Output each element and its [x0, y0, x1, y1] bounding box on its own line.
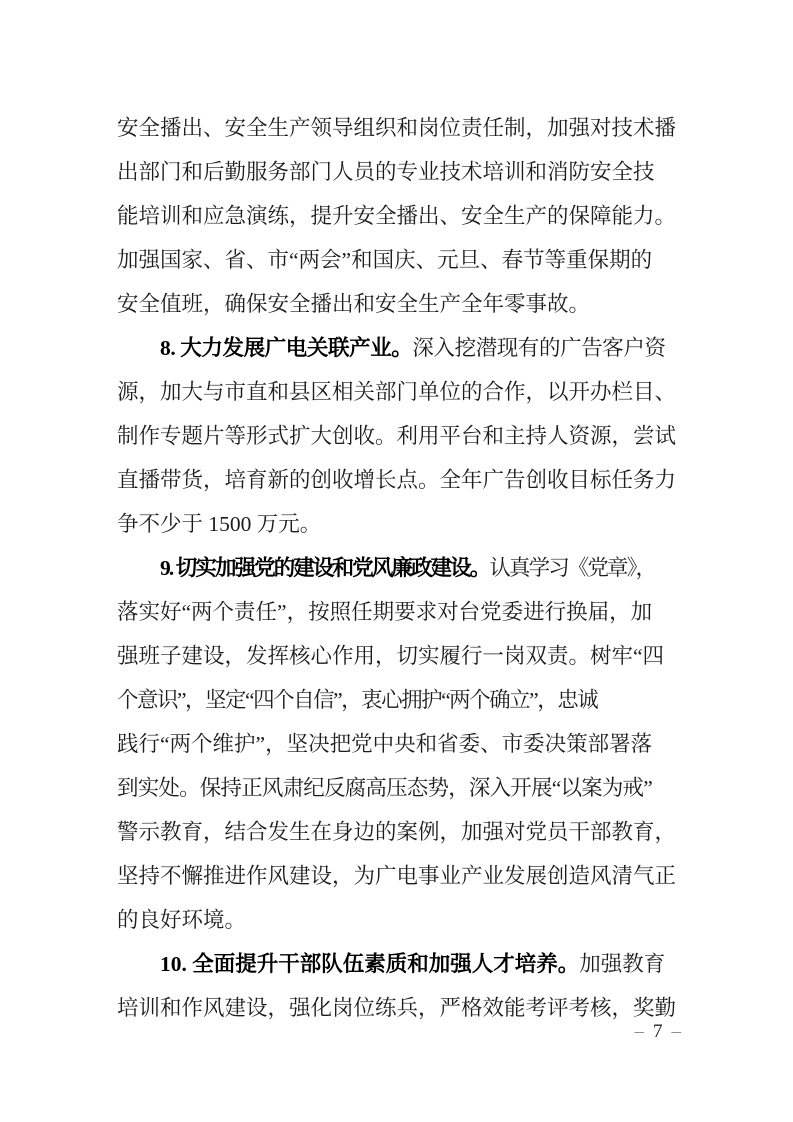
page-footer: –7– [635, 1020, 682, 1044]
text-line: 源，加大与市直和县区相关部门单位的合作，以开办栏目、 [117, 370, 683, 414]
paragraph-heading: 10. 全面提升干部队伍素质和加强人才培养。 [160, 952, 579, 976]
paragraph-heading: 8. 大力发展广电关联产业。 [160, 336, 412, 360]
text-line: 到实处。保持正风肃纪反腐高压态势，深入开展“以案为戒” [117, 766, 683, 810]
text-line: 争不少于 1500 万元。 [117, 502, 683, 546]
text-line: 强班子建设，发挥核心作用，切实履行一岗双责。树牢“四 [117, 634, 683, 678]
paragraph-first-line: 10. 全面提升干部队伍素质和加强人才培养。加强教育 [117, 942, 683, 986]
text-line: 安全值班，确保安全播出和安全生产全年零事故。 [117, 282, 683, 326]
text-line: 的良好环境。 [117, 898, 683, 942]
document-body: 安全播出、安全生产领导组织和岗位责任制，加强对技术播出部门和后勤服务部门人员的专… [117, 106, 683, 1030]
text-line: 出部门和后勤服务部门人员的专业技术培训和消防安全技 [117, 150, 683, 194]
text-line: 个意识”，坚定“四个自信”，衷心拥护“两个确立”，忠诚 [117, 678, 683, 722]
text-line: 坚持不懈推进作风建设，为广电事业产业发展创造风清气正 [117, 854, 683, 898]
paragraph-first-line: 8. 大力发展广电关联产业。深入挖潜现有的广告客户资 [117, 326, 683, 370]
page-number: 7 [653, 1021, 663, 1042]
paragraph-first-line: 9. 切实加强党的建设和党风廉政建设。认真学习《党章》， [117, 546, 683, 590]
text-line: 落实好“两个责任”，按照任期要求对台党委进行换届，加 [117, 590, 683, 634]
paragraph-heading: 9. 切实加强党的建设和党风廉政建设。 [160, 556, 489, 580]
text-line: 直播带货，培育新的创收增长点。全年广告创收目标任务力 [117, 458, 683, 502]
text-line: 制作专题片等形式扩大创收。利用平台和主持人资源，尝试 [117, 414, 683, 458]
text-line: 加强国家、省、市“两会”和国庆、元旦、春节等重保期的 [117, 238, 683, 282]
text-line: 安全播出、安全生产领导组织和岗位责任制，加强对技术播 [117, 106, 683, 150]
text-line: 践行“两个维护”，坚决把党中央和省委、市委决策部署落 [117, 722, 683, 766]
footer-dash-right: – [672, 1021, 682, 1042]
footer-dash-left: – [635, 1021, 645, 1042]
text-line: 能培训和应急演练，提升安全播出、安全生产的保障能力。 [117, 194, 683, 238]
document-page: 安全播出、安全生产领导组织和岗位责任制，加强对技术播出部门和后勤服务部门人员的专… [0, 0, 793, 1122]
text-line: 培训和作风建设，强化岗位练兵，严格效能考评考核，奖勤 [117, 986, 683, 1030]
text-line: 警示教育，结合发生在身边的案例，加强对党员干部教育， [117, 810, 683, 854]
